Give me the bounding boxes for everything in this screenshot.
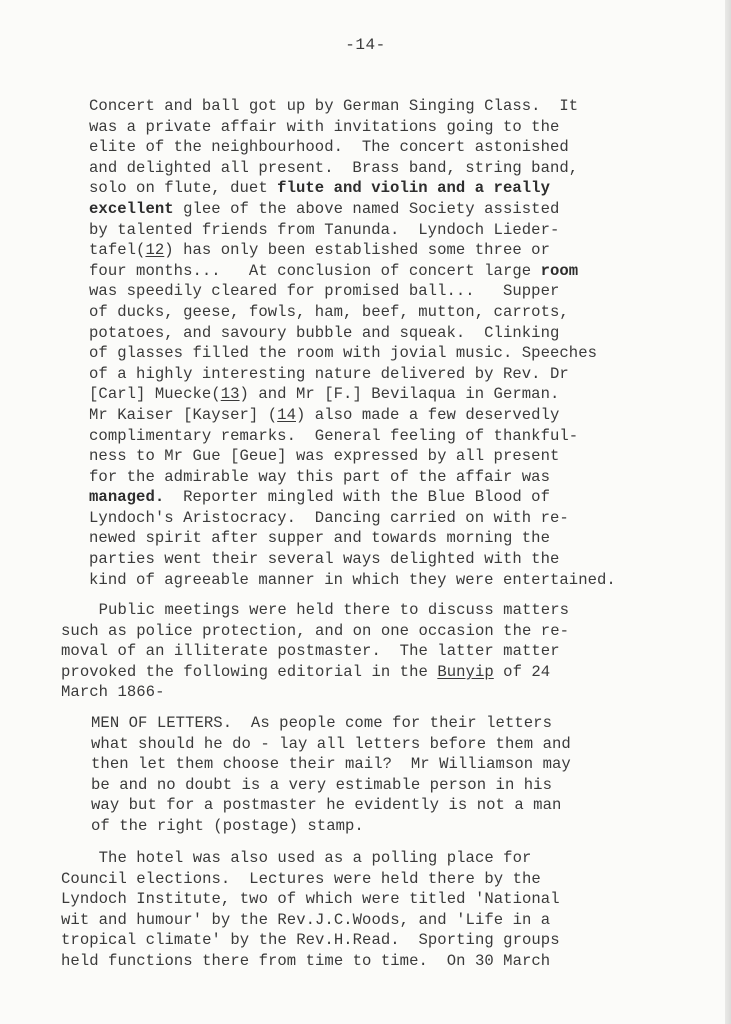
text-run: of ducks, geese, fowls, ham, beef, mutto… [89,303,569,321]
text-line: then let them choose their mail? Mr Will… [91,754,571,775]
text-line: four months... At conclusion of concert … [89,261,616,282]
text-line: ness to Mr Gue [Geue] was expressed by a… [89,446,616,467]
text-line: wit and humour' by the Rev.J.C.Woods, an… [61,910,560,931]
text-run: parties went their several ways delighte… [89,550,559,568]
text-line: potatoes, and savoury bubble and squeak.… [89,323,616,344]
text-run: glee of the above named Society assisted [174,200,560,218]
text-run: newed spirit after supper and towards mo… [89,529,550,547]
paragraph-hotel-uses: The hotel was also used as a polling pla… [61,848,560,972]
text-run: such as police protection, and on one oc… [61,622,569,640]
emphasized-text: room [541,262,579,280]
text-run: Lyndoch Institute, two of which were tit… [61,890,560,908]
text-run: moval of an illiterate postmaster. The l… [61,642,560,660]
text-run: wit and humour' by the Rev.J.C.Woods, an… [61,911,550,929]
text-run: kind of agreeable manner in which they w… [89,571,616,589]
text-line: and delighted all present. Brass band, s… [89,158,616,179]
text-line: MEN OF LETTERS. As people come for their… [91,713,571,734]
text-line: of ducks, geese, fowls, ham, beef, mutto… [89,302,616,323]
text-run: [Carl] Muecke( [89,385,221,403]
text-run: held functions there from time to time. … [61,952,550,970]
text-line: kind of agreeable manner in which they w… [89,570,616,591]
text-run: and delighted all present. Brass band, s… [89,159,578,177]
text-run: Concert and ball got up by German Singin… [89,97,578,115]
text-run: by talented friends from Tanunda. Lyndoc… [89,221,559,239]
quoted-concert-report: Concert and ball got up by German Singin… [89,96,616,590]
text-line: by talented friends from Tanunda. Lyndoc… [89,220,616,241]
text-line: tropical climate' by the Rev.H.Read. Spo… [61,930,560,951]
text-run: of 24 [494,663,550,681]
editorial-quote-men-of-letters: MEN OF LETTERS. As people come for their… [91,713,571,837]
text-run: ness to Mr Gue [Geue] was expressed by a… [89,447,559,465]
text-line: [Carl] Muecke(13) and Mr [F.] Bevilaqua … [89,384,616,405]
footnote-or-title-underlined: 13 [221,385,240,403]
text-run: be and no doubt is a very estimable pers… [91,776,552,794]
text-run: was speedily cleared for promised ball..… [89,282,559,300]
text-line: Lyndoch's Aristocracy. Dancing carried o… [89,508,616,529]
text-run: solo on flute, duet [89,179,277,197]
text-run: The hotel was also used as a polling pla… [61,849,531,867]
text-run: way but for a postmaster he evidently is… [91,796,561,814]
text-run: Lyndoch's Aristocracy. Dancing carried o… [89,509,569,527]
text-line: elite of the neighbourhood. The concert … [89,137,616,158]
emphasized-text: managed. [89,488,164,506]
text-run: was a private affair with invitations go… [89,118,559,136]
emphasized-text: flute and violin and a really [277,179,550,197]
page-edge [725,0,731,1024]
text-line: of the right (postage) stamp. [91,816,571,837]
text-line: The hotel was also used as a polling pla… [61,848,560,869]
text-line: way but for a postmaster he evidently is… [91,795,571,816]
text-run: of glasses filled the room with jovial m… [89,344,597,362]
text-line: March 1866- [61,682,569,703]
footnote-or-title-underlined: 12 [145,241,164,259]
text-line: managed. Reporter mingled with the Blue … [89,487,616,508]
text-run: elite of the neighbourhood. The concert … [89,138,569,156]
text-run: Reporter mingled with the Blue Blood of [164,488,550,506]
footnote-or-title-underlined: Bunyip [437,663,493,681]
text-line: what should he do - lay all letters befo… [91,734,571,755]
text-line: held functions there from time to time. … [61,951,560,972]
text-line: complimentary remarks. General feeling o… [89,426,616,447]
text-line: Concert and ball got up by German Singin… [89,96,616,117]
emphasized-text: excellent [89,200,174,218]
text-run: Mr Kaiser [Kayser] ( [89,406,277,424]
text-run: for the admirable way this part of the a… [89,468,550,486]
text-run: tafel( [89,241,145,259]
text-line: for the admirable way this part of the a… [89,467,616,488]
paragraph-public-meetings: Public meetings were held there to discu… [61,600,569,703]
text-run: tropical climate' by the Rev.H.Read. Spo… [61,931,560,949]
text-run: MEN OF LETTERS. As people come for their… [91,714,552,732]
text-line: Public meetings were held there to discu… [61,600,569,621]
text-line: provoked the following editorial in the … [61,662,569,683]
text-run: ) and Mr [F.] Bevilaqua in German. [240,385,560,403]
text-line: excellent glee of the above named Societ… [89,199,616,220]
text-line: of glasses filled the room with jovial m… [89,343,616,364]
text-line: was speedily cleared for promised ball..… [89,281,616,302]
text-run: potatoes, and savoury bubble and squeak.… [89,324,559,342]
text-run: four months... At conclusion of concert … [89,262,541,280]
text-line: newed spirit after supper and towards mo… [89,528,616,549]
text-line: parties went their several ways delighte… [89,549,616,570]
text-line: solo on flute, duet flute and violin and… [89,178,616,199]
text-line: Council elections. Lectures were held th… [61,869,560,890]
text-line: Mr Kaiser [Kayser] (14) also made a few … [89,405,616,426]
text-run: ) also made a few deservedly [296,406,559,424]
text-run: Public meetings were held there to discu… [61,601,569,619]
text-run: complimentary remarks. General feeling o… [89,427,578,445]
text-run: then let them choose their mail? Mr Will… [91,755,571,773]
text-run: of a highly interesting nature delivered… [89,365,569,383]
text-run: ) has only been established some three o… [164,241,550,259]
text-line: tafel(12) has only been established some… [89,240,616,261]
text-line: be and no doubt is a very estimable pers… [91,775,571,796]
page-number: -14- [0,36,731,54]
text-run: March 1866- [61,683,165,701]
footnote-or-title-underlined: 14 [277,406,296,424]
text-run: what should he do - lay all letters befo… [91,735,571,753]
text-line: such as police protection, and on one oc… [61,621,569,642]
text-line: Lyndoch Institute, two of which were tit… [61,889,560,910]
text-line: of a highly interesting nature delivered… [89,364,616,385]
text-run: Council elections. Lectures were held th… [61,870,541,888]
text-line: moval of an illiterate postmaster. The l… [61,641,569,662]
text-run: of the right (postage) stamp. [91,817,364,835]
text-line: was a private affair with invitations go… [89,117,616,138]
text-run: provoked the following editorial in the [61,663,437,681]
